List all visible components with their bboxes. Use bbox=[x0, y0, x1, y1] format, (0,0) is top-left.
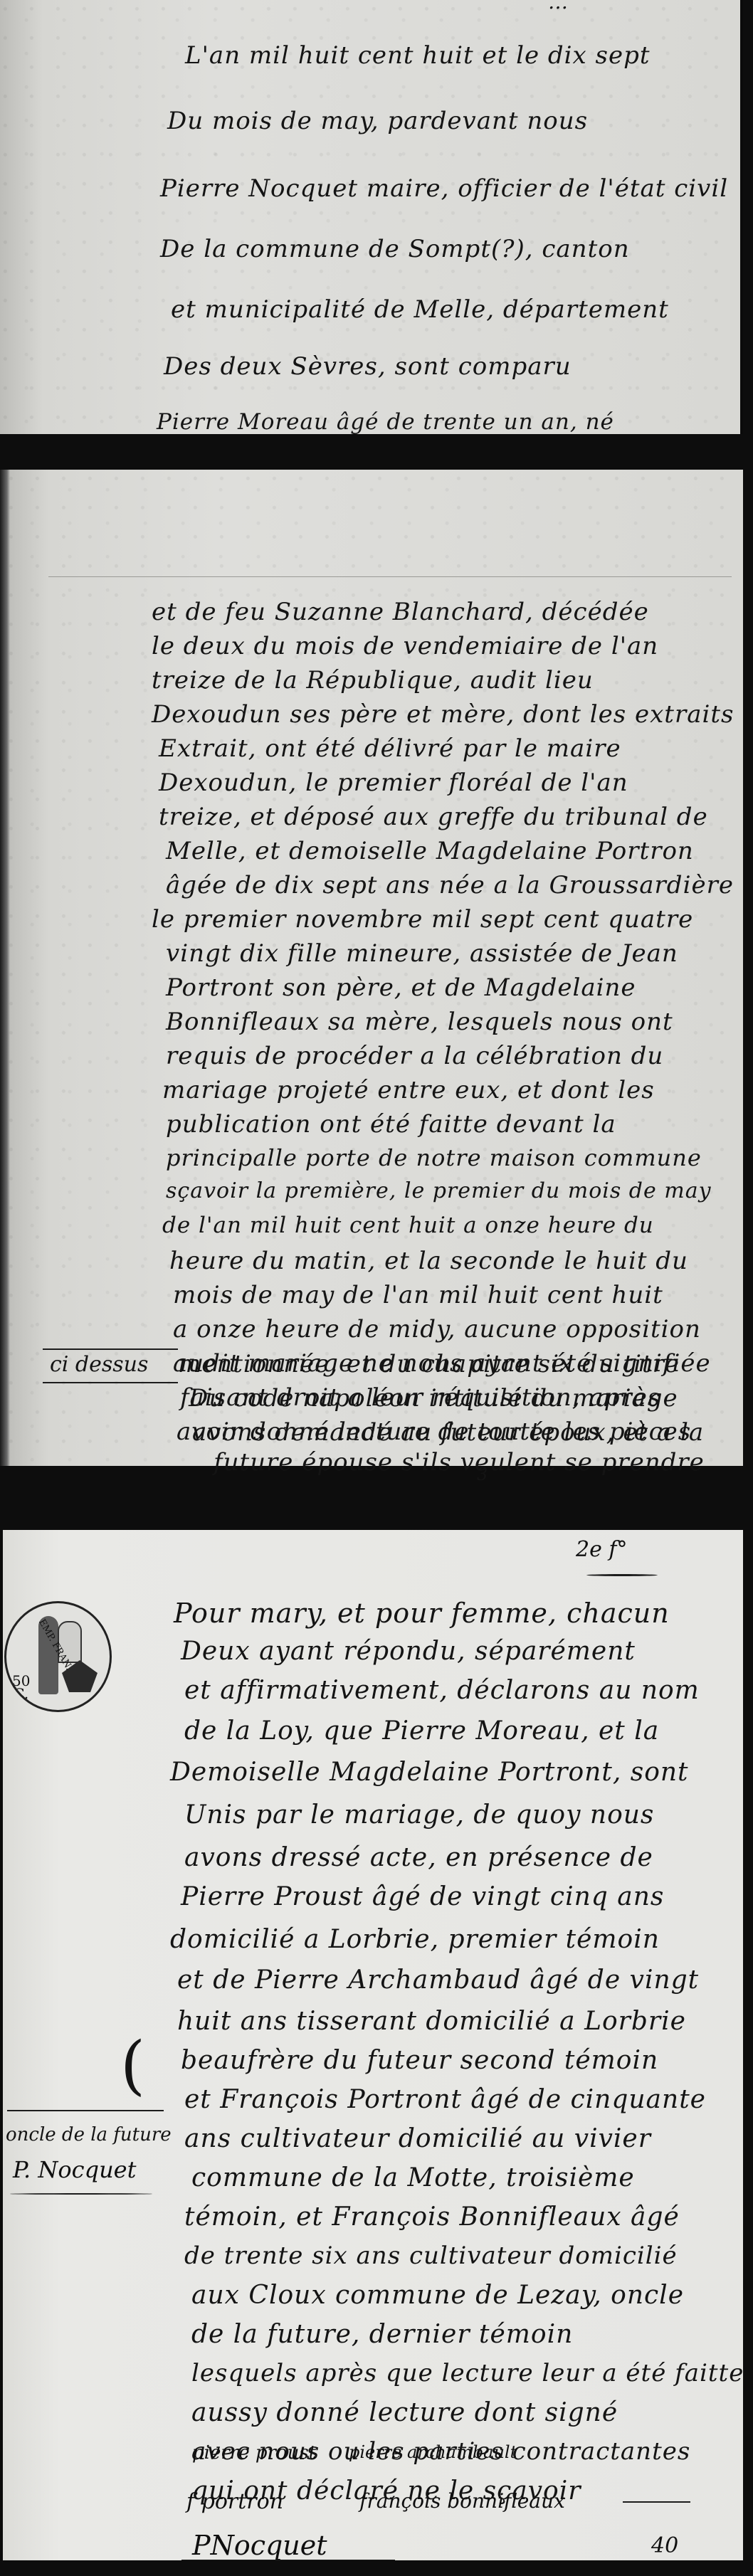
text-line: treize de la République, audit lieu bbox=[152, 666, 594, 695]
text-line: et François Portront âgé de cinquante bbox=[184, 2085, 706, 2114]
text-line: Extrait, ont été délivré par le maire bbox=[159, 734, 621, 763]
text-line: ans cultivateur domicilié au vivier bbox=[184, 2124, 651, 2153]
text-line: Bonnifleaux sa mère, lesquels nous ont bbox=[166, 1008, 673, 1036]
margin-signature: P. Nocquet bbox=[13, 2156, 136, 2183]
text-line: avons demandé au futeur époux, et a la bbox=[192, 1418, 704, 1447]
text-line: mariage projeté entre eux, et dont les bbox=[162, 1076, 655, 1104]
fold-mark: 3 bbox=[477, 1464, 488, 1484]
text-line: future épouse s'ils veulent se prendre bbox=[214, 1448, 705, 1477]
stamp-value: 50 C. bbox=[12, 1674, 30, 1700]
text-line: de trente six ans cultivateur domicilié bbox=[184, 2242, 678, 2270]
bracket-flourish: ( bbox=[120, 2028, 145, 2103]
page-fold-shadow bbox=[0, 434, 753, 470]
text-line: requis de procéder a la célébration du bbox=[166, 1042, 663, 1070]
text-line: huit ans tisserant domicilié a Lorbrie bbox=[177, 2007, 686, 2036]
text-line: témoin, et François Bonnifleaux âgé bbox=[184, 2202, 680, 2232]
text-line: principalle porte de notre maison commun… bbox=[166, 1144, 702, 1171]
text-line: aussy donné lecture dont signé bbox=[191, 2398, 618, 2427]
tax-stamp: 50 C. EMP. FRAN. bbox=[4, 1601, 112, 1712]
signature-f-portron: f portron bbox=[186, 2489, 283, 2514]
margin-note-underline bbox=[43, 1348, 178, 1350]
text-line: L'an mil huit cent huit et le dix sept bbox=[185, 41, 651, 70]
text-line: Deux ayant répondu, séparément bbox=[181, 1637, 636, 1666]
text-line: publication ont été faitte devant la bbox=[166, 1110, 616, 1139]
text-line: vingt dix fille mineure, assistée de Jea… bbox=[166, 939, 678, 968]
bottom-torn-edge bbox=[0, 2560, 753, 2576]
signature-francois-bonnifleaux: françois bonnifleaux bbox=[359, 2489, 565, 2513]
text-line: et municipalité de Melle, département bbox=[171, 295, 669, 324]
signature-dash bbox=[623, 2501, 690, 2503]
text-line: a onze heure de midy, aucune opposition bbox=[173, 1315, 701, 1344]
stamp-value-unit: C. bbox=[14, 1685, 28, 1702]
text-line: Pierre Nocquet maire, officier de l'état… bbox=[160, 174, 728, 203]
text-line: heure du matin, et la seconde le huit du bbox=[169, 1247, 688, 1275]
text-line: Pour mary, et pour femme, chacun bbox=[174, 1598, 670, 1629]
signature-pierre-proust: pierre proust bbox=[192, 2442, 316, 2464]
text-line: mentionnée, et du chapitre six du titre bbox=[178, 1350, 680, 1378]
text-line: de l'an mil huit cent huit a onze heure … bbox=[162, 1213, 654, 1238]
text-line: le deux du mois de vendemiaire de l'an bbox=[152, 632, 658, 660]
text-line: Des deux Sèvres, sont comparu bbox=[164, 352, 572, 381]
signature-nocquet: PNocquet bbox=[192, 2530, 327, 2561]
margin-note-ci-dessus: ci dessus bbox=[50, 1352, 148, 1377]
folio-flourish bbox=[586, 1574, 658, 1576]
margin-box-top bbox=[7, 2110, 164, 2111]
text-line: domicilié a Lorbrie, premier témoin bbox=[170, 1925, 660, 1954]
text-line: le premier novembre mil sept cent quatre bbox=[152, 905, 693, 934]
right-scan-edge bbox=[743, 0, 753, 2576]
margin-signature-flourish bbox=[10, 2193, 152, 2195]
text-line: Du mois de may, pardevant nous bbox=[167, 107, 588, 135]
text-line: Dexoudun, le premier floréal de l'an bbox=[159, 769, 628, 797]
signature-pierre-archambault: pierre archambault bbox=[349, 2442, 517, 2462]
folio-mark: 2e f° bbox=[576, 1537, 627, 1562]
text-line: Melle, et demoiselle Magdelaine Portron bbox=[166, 837, 694, 865]
ruled-line bbox=[48, 576, 732, 577]
text-line: Du code napoléon intitulé du mariage bbox=[189, 1384, 678, 1413]
text-line: Dexoudun ses père et mère, dont les extr… bbox=[152, 700, 734, 729]
text-line: et de feu Suzanne Blanchard, décédée bbox=[152, 598, 649, 626]
text-line: Pierre Moreau âgé de trente un an, né bbox=[157, 409, 614, 435]
text-line: et affirmativement, déclarons au nom bbox=[184, 1676, 700, 1705]
text-line: lesquels après que lecture leur a été fa… bbox=[191, 2359, 744, 2387]
margin-note-underline bbox=[43, 1382, 178, 1383]
text-line: sçavoir la première, le premier du mois … bbox=[166, 1178, 712, 1203]
text-line: beaufrère du futeur second témoin bbox=[181, 2046, 658, 2075]
margin-note-oncle: oncle de la future bbox=[6, 2124, 172, 2145]
top-cropped-ink: … bbox=[548, 0, 568, 14]
text-line: commune de la Motte, troisième bbox=[191, 2163, 635, 2192]
text-line: et de Pierre Archambaud âgé de vingt bbox=[177, 1965, 699, 1995]
text-line: de la future, dernier témoin bbox=[191, 2320, 573, 2349]
text-line: Pierre Proust âgé de vingt cinq ans bbox=[181, 1882, 664, 1911]
text-line: mois de may de l'an mil huit cent huit bbox=[173, 1281, 663, 1309]
text-line: Demoiselle Magdelaine Portront, sont bbox=[170, 1758, 689, 1787]
text-line: treize, et déposé aux greffe du tribunal… bbox=[159, 803, 708, 831]
page-fragment-1: … L'an mil huit cent huit et le dix sept… bbox=[0, 0, 740, 440]
text-line: avons dressé acte, en présence de bbox=[184, 1843, 653, 1872]
text-line: Unis par le mariage, de quoy nous bbox=[184, 1800, 654, 1830]
left-scan-shadow bbox=[0, 470, 10, 1466]
text-line: De la commune de Sompt(?), canton bbox=[160, 235, 630, 263]
text-line: de la Loy, que Pierre Moreau, et la bbox=[184, 1716, 659, 1746]
text-line: Portront son père, et de Magdelaine bbox=[166, 973, 636, 1002]
page-fragment-3: 2e f° Pour mary, et pour femme, chacun D… bbox=[3, 1530, 746, 2562]
page-fragment-2: et de feu Suzanne Blanchard, décédée le … bbox=[6, 470, 746, 1466]
page-number: 40 bbox=[651, 2533, 678, 2558]
text-line: aux Cloux commune de Lezay, oncle bbox=[191, 2281, 684, 2310]
text-line: âgée de dix sept ans née a la Groussardi… bbox=[166, 871, 734, 899]
